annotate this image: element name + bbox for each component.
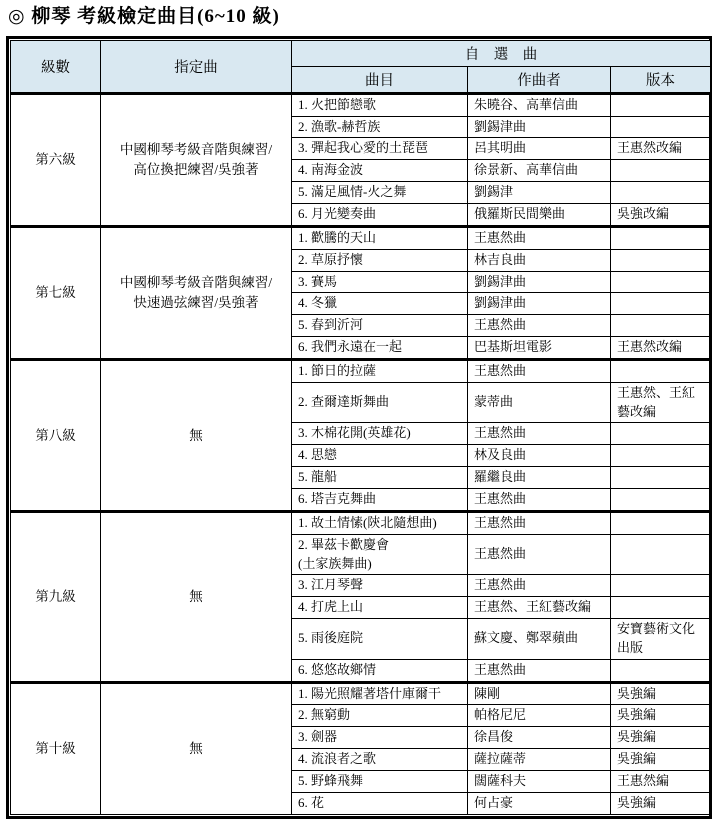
level-cell: 第八級	[11, 359, 101, 511]
edition-cell: 王惠然、王紅藝改編	[611, 382, 711, 423]
composer-cell: 陳剛	[468, 682, 611, 705]
composer-cell: 闊薩科夫	[468, 770, 611, 792]
song-title-cell: 6. 我們永遠在一起	[292, 337, 468, 360]
exam-table-frame: 級數 指定曲 自 選 曲 曲目 作曲者 版本 第六級中國柳琴考級音階與練習/ 高…	[6, 36, 712, 819]
edition-cell: 吳強編	[611, 792, 711, 814]
composer-cell: 王惠然曲	[468, 488, 611, 511]
song-title-cell: 6. 悠悠故鄉情	[292, 659, 468, 682]
composer-cell: 蘇文慶、鄭翠蘋曲	[468, 619, 611, 660]
level-section: 第十級無1. 陽光照耀著塔什庫爾干陳剛吳強編2. 無窮動帕格尼尼吳強編3. 劍器…	[11, 682, 711, 814]
level-cell: 第九級	[11, 511, 101, 682]
edition-cell	[611, 659, 711, 682]
song-title-cell: 4. 思戀	[292, 445, 468, 467]
edition-cell	[611, 271, 711, 293]
edition-cell: 吳強編	[611, 749, 711, 771]
edition-cell	[611, 423, 711, 445]
page-title: ◎ 柳琴 考級檢定曲目(6~10 級)	[8, 6, 712, 29]
song-title-cell: 2. 漁歌-赫哲族	[292, 116, 468, 138]
edition-cell: 王惠然編	[611, 770, 711, 792]
table-header: 級數 指定曲 自 選 曲 曲目 作曲者 版本	[11, 40, 711, 93]
header-designated: 指定曲	[101, 40, 292, 93]
header-edition: 版本	[611, 66, 711, 93]
header-optional-group: 自 選 曲	[292, 40, 711, 66]
edition-cell	[611, 293, 711, 315]
song-title-cell: 1. 節日的拉薩	[292, 359, 468, 382]
composer-cell: 俄羅斯民間樂曲	[468, 204, 611, 227]
composer-cell: 王惠然曲	[468, 359, 611, 382]
level-section: 第九級無1. 故土情愫(陝北隨想曲)王惠然曲2. 畢茲卡歡慶會 (土家族舞曲)王…	[11, 511, 711, 682]
header-composer: 作曲者	[468, 66, 611, 93]
song-row: 第九級無1. 故土情愫(陝北隨想曲)王惠然曲	[11, 511, 711, 534]
song-title-cell: 5. 龍船	[292, 467, 468, 489]
song-title-cell: 4. 流浪者之歌	[292, 749, 468, 771]
song-title-cell: 1. 故土情愫(陝北隨想曲)	[292, 511, 468, 534]
composer-cell: 王惠然、王紅藝改編	[468, 597, 611, 619]
song-title-cell: 6. 月光變奏曲	[292, 204, 468, 227]
edition-cell	[611, 93, 711, 116]
song-title-cell: 2. 無窮動	[292, 705, 468, 727]
song-row: 第十級無1. 陽光照耀著塔什庫爾干陳剛吳強編	[11, 682, 711, 705]
song-title-cell: 2. 查爾達斯舞曲	[292, 382, 468, 423]
composer-cell: 王惠然曲	[468, 659, 611, 682]
composer-cell: 蒙蒂曲	[468, 382, 611, 423]
header-row-top: 級數 指定曲 自 選 曲	[11, 40, 711, 66]
composer-cell: 巴基斯坦電影	[468, 337, 611, 360]
level-cell: 第六級	[11, 93, 101, 226]
composer-cell: 王惠然曲	[468, 226, 611, 249]
edition-cell: 吳強改編	[611, 204, 711, 227]
song-title-cell: 1. 歡騰的天山	[292, 226, 468, 249]
song-title-cell: 3. 江月琴聲	[292, 575, 468, 597]
composer-cell: 劉錫津	[468, 182, 611, 204]
header-song: 曲目	[292, 66, 468, 93]
edition-cell	[611, 116, 711, 138]
edition-cell	[611, 488, 711, 511]
level-cell: 第七級	[11, 226, 101, 359]
composer-cell: 王惠然曲	[468, 423, 611, 445]
composer-cell: 林及良曲	[468, 445, 611, 467]
edition-cell	[611, 226, 711, 249]
edition-cell: 吳強編	[611, 705, 711, 727]
edition-cell: 吳強編	[611, 727, 711, 749]
composer-cell: 林吉良曲	[468, 249, 611, 271]
edition-cell	[611, 575, 711, 597]
edition-cell: 王惠然改編	[611, 138, 711, 160]
edition-cell: 王惠然改編	[611, 337, 711, 360]
level-section: 第六級中國柳琴考級音階與練習/ 高位換把練習/吳強著1. 火把節戀歌朱曉谷、高華…	[11, 93, 711, 226]
song-title-cell: 3. 賽馬	[292, 271, 468, 293]
edition-cell	[611, 467, 711, 489]
edition-cell	[611, 160, 711, 182]
song-row: 第八級無1. 節日的拉薩王惠然曲	[11, 359, 711, 382]
edition-cell	[611, 597, 711, 619]
edition-cell	[611, 534, 711, 575]
level-section: 第八級無1. 節日的拉薩王惠然曲2. 查爾達斯舞曲蒙蒂曲王惠然、王紅藝改編3. …	[11, 359, 711, 511]
composer-cell: 王惠然曲	[468, 511, 611, 534]
composer-cell: 王惠然曲	[468, 315, 611, 337]
designated-piece-cell: 無	[101, 511, 292, 682]
designated-piece-cell: 中國柳琴考級音階與練習/ 高位換把練習/吳強著	[101, 93, 292, 226]
designated-piece-cell: 無	[101, 359, 292, 511]
song-title-cell: 2. 草原抒懷	[292, 249, 468, 271]
composer-cell: 徐景新、高華信曲	[468, 160, 611, 182]
edition-cell	[611, 445, 711, 467]
edition-cell	[611, 249, 711, 271]
song-title-cell: 1. 陽光照耀著塔什庫爾干	[292, 682, 468, 705]
song-title-cell: 4. 南海金波	[292, 160, 468, 182]
composer-cell: 朱曉谷、高華信曲	[468, 93, 611, 116]
edition-cell	[611, 182, 711, 204]
composer-cell: 劉錫津曲	[468, 271, 611, 293]
exam-repertoire-table: 級數 指定曲 自 選 曲 曲目 作曲者 版本 第六級中國柳琴考級音階與練習/ 高…	[10, 40, 711, 815]
composer-cell: 呂其明曲	[468, 138, 611, 160]
composer-cell: 何占豪	[468, 792, 611, 814]
song-title-cell: 2. 畢茲卡歡慶會 (土家族舞曲)	[292, 534, 468, 575]
song-title-cell: 5. 野蜂飛舞	[292, 770, 468, 792]
song-row: 第七級中國柳琴考級音階與練習/ 快速過弦練習/吳強著1. 歡騰的天山王惠然曲	[11, 226, 711, 249]
header-level: 級數	[11, 40, 101, 93]
song-title-cell: 1. 火把節戀歌	[292, 93, 468, 116]
edition-cell	[611, 511, 711, 534]
edition-cell: 吳強編	[611, 682, 711, 705]
song-title-cell: 6. 花	[292, 792, 468, 814]
song-title-cell: 3. 彈起我心愛的土琵琶	[292, 138, 468, 160]
composer-cell: 王惠然曲	[468, 534, 611, 575]
composer-cell: 徐昌俊	[468, 727, 611, 749]
song-title-cell: 3. 劍器	[292, 727, 468, 749]
song-title-cell: 4. 冬獵	[292, 293, 468, 315]
song-title-cell: 3. 木棉花開(英雄花)	[292, 423, 468, 445]
designated-piece-cell: 無	[101, 682, 292, 814]
composer-cell: 帕格尼尼	[468, 705, 611, 727]
composer-cell: 劉錫津曲	[468, 293, 611, 315]
level-section: 第七級中國柳琴考級音階與練習/ 快速過弦練習/吳強著1. 歡騰的天山王惠然曲2.…	[11, 226, 711, 359]
edition-cell	[611, 315, 711, 337]
composer-cell: 羅繼良曲	[468, 467, 611, 489]
edition-cell: 安寶藝術文化出版	[611, 619, 711, 660]
level-cell: 第十級	[11, 682, 101, 814]
song-title-cell: 5. 春到沂河	[292, 315, 468, 337]
composer-cell: 劉錫津曲	[468, 116, 611, 138]
song-row: 第六級中國柳琴考級音階與練習/ 高位換把練習/吳強著1. 火把節戀歌朱曉谷、高華…	[11, 93, 711, 116]
composer-cell: 薩拉薩蒂	[468, 749, 611, 771]
designated-piece-cell: 中國柳琴考級音階與練習/ 快速過弦練習/吳強著	[101, 226, 292, 359]
document-page: ◎ 柳琴 考級檢定曲目(6~10 級) 級數 指定曲 自 選 曲 曲目 作曲者	[0, 0, 718, 820]
song-title-cell: 6. 塔吉克舞曲	[292, 488, 468, 511]
edition-cell	[611, 359, 711, 382]
song-title-cell: 5. 滿足風情-火之舞	[292, 182, 468, 204]
song-title-cell: 5. 雨後庭院	[292, 619, 468, 660]
song-title-cell: 4. 打虎上山	[292, 597, 468, 619]
composer-cell: 王惠然曲	[468, 575, 611, 597]
